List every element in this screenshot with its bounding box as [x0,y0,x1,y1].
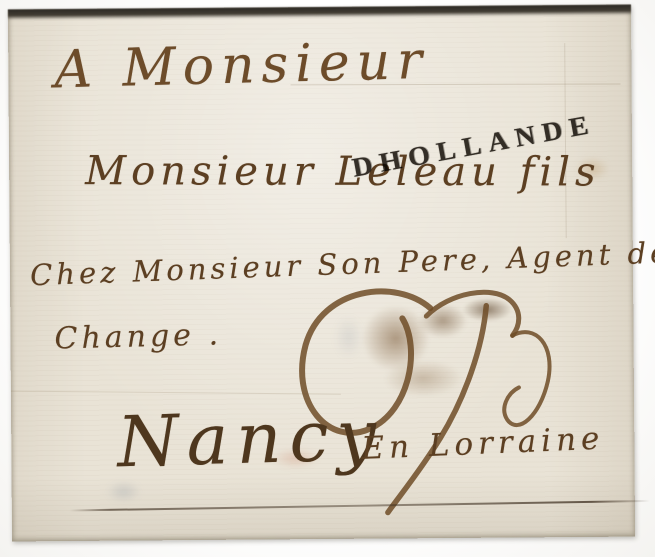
letter-paper: A Monsieur Monsieur Leleau fils Chez Mon… [8,5,635,542]
addressee-line: Monsieur Leleau fils [85,148,600,195]
destination-city: Nancy [116,394,385,484]
address-line-2: Change . [54,317,222,356]
salutation-line: A Monsieur [54,31,430,100]
paper-top-edge-shadow [8,5,631,21]
letter-photograph: { "colors": { "photo_background": "#fbfb… [0,0,655,557]
